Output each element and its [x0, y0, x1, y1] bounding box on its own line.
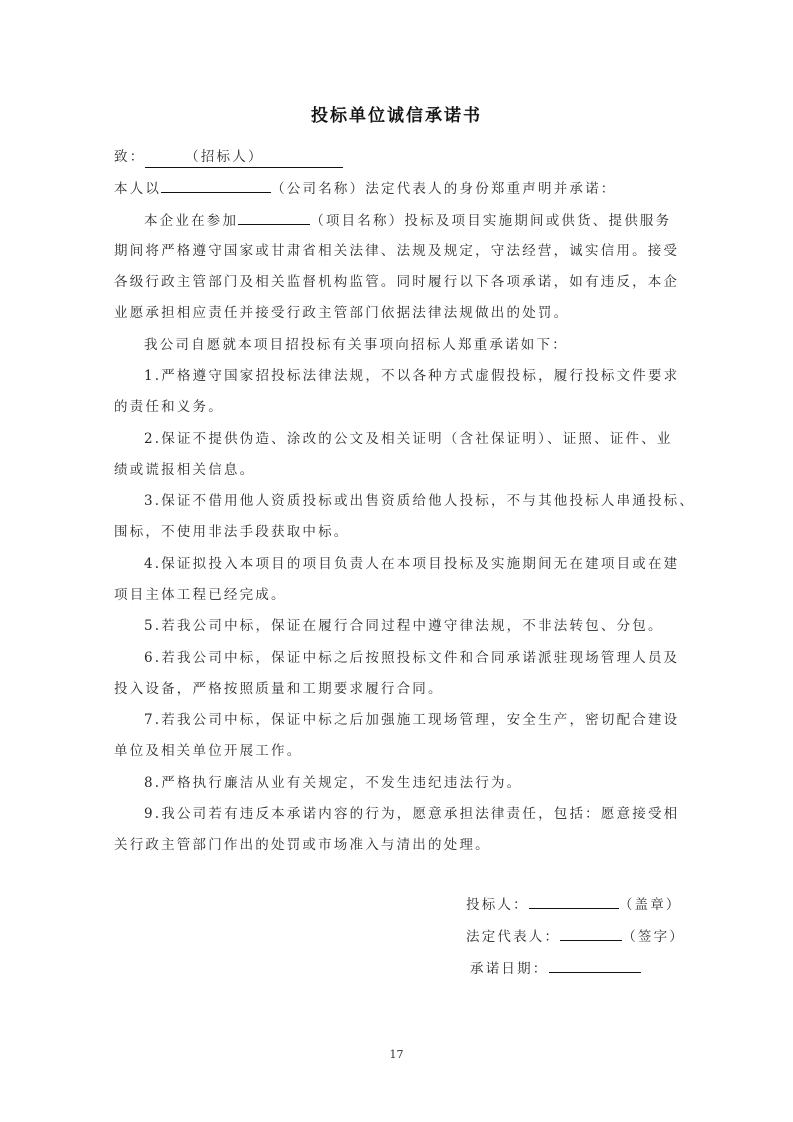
- legal-rep-label: 法定代表人：: [466, 929, 560, 945]
- commitment-item-9: 9.我公司若有违反本承诺内容的行为，愿意承担法律责任，包括：愿意接受相: [114, 804, 714, 824]
- company-name-blank[interactable]: [161, 178, 271, 193]
- commitment-item-4-cont: 项目主体工程已经完成。: [114, 585, 684, 605]
- addressee-line: 致：（招标人）: [114, 147, 684, 168]
- commitment-item-7-cont: 单位及相关单位开展工作。: [114, 741, 684, 761]
- bidder-label: 投标人：: [466, 897, 529, 913]
- document-page: 投标单位诚信承诺书 致：（招标人） 本人以（公司名称）法定代表人的身份郑重声明并…: [0, 0, 793, 1122]
- bidder-blank[interactable]: [529, 894, 619, 909]
- commitment-item-6-cont: 投入设备，严格按照质量和工期要求履行合同。: [114, 679, 684, 699]
- addressee-blank[interactable]: （招标人）: [145, 147, 343, 168]
- paragraph1-suffix: （项目名称）投标及项目实施期间或供货、提供服务: [310, 213, 671, 229]
- paragraph1-line1: 本企业在参加（项目名称）投标及项目实施期间或供货、提供服务: [114, 210, 714, 231]
- commitment-item-7: 7.若我公司中标，保证中标之后加强施工现场管理，安全生产，密切配合建设: [114, 710, 714, 730]
- commitment-item-6: 6.若我公司中标，保证中标之后按照投标文件和合同承诺派驻现场管理人员及: [114, 648, 714, 668]
- declaration-prefix: 本人以: [114, 181, 161, 197]
- commitment-item-2-cont: 绩或谎报相关信息。: [114, 460, 684, 480]
- declaration-line: 本人以（公司名称）法定代表人的身份郑重声明并承诺：: [114, 178, 684, 199]
- commitment-item-3-cont: 围标，不使用非法手段获取中标。: [114, 522, 684, 542]
- legal-rep-blank[interactable]: [560, 926, 622, 941]
- bidder-suffix: （盖章）: [619, 897, 682, 913]
- commitment-item-4: 4.保证拟投入本项目的项目负责人在本项目投标及实施期间无在建项目或在建: [114, 554, 714, 574]
- addressee-prefix: 致：: [114, 149, 145, 165]
- addressee-blank-label: （招标人）: [185, 149, 264, 165]
- paragraph1-line2: 期间将严格遵守国家或甘肃省相关法律、法规及规定，守法经营，诚实信用。接受: [114, 241, 684, 261]
- date-label: 承诺日期：: [470, 961, 549, 977]
- commitment-item-9-cont: 关行政主管部门作出的处罚或市场准入与清出的处理。: [114, 835, 684, 855]
- commitment-item-8: 8.严格执行廉洁从业有关规定，不发生违纪违法行为。: [114, 773, 714, 793]
- declaration-suffix: （公司名称）法定代表人的身份郑重声明并承诺：: [271, 181, 616, 197]
- legal-rep-signature-line: 法定代表人：（签字）: [466, 926, 685, 947]
- legal-rep-suffix: （签字）: [622, 929, 685, 945]
- date-blank[interactable]: [549, 958, 641, 973]
- paragraph1-line4: 业愿承担相应责任并接受行政主管部门依据法律法规做出的处罚。: [114, 303, 684, 323]
- bidder-signature-line: 投标人：（盖章）: [466, 894, 682, 915]
- project-name-blank[interactable]: [238, 210, 310, 225]
- document-title: 投标单位诚信承诺书: [0, 101, 793, 126]
- commitment-intro: 我公司自愿就本项目招投标有关事项向招标人郑重承诺如下：: [114, 335, 714, 355]
- paragraph1-line3: 各级行政主管部门及相关监督机构监管。同时履行以下各项承诺，如有违反，本企: [114, 272, 684, 292]
- date-signature-line: 承诺日期：: [470, 958, 641, 979]
- commitment-item-1-cont: 的责任和义务。: [114, 397, 684, 417]
- page-number: 17: [0, 1048, 793, 1061]
- commitment-item-1: 1.严格遵守国家招投标法律法规，不以各种方式虚假投标，履行投标文件要求: [114, 366, 714, 386]
- paragraph1-prefix: 本企业在参加: [144, 213, 238, 229]
- commitment-item-5: 5.若我公司中标，保证在履行合同过程中遵守律法规，不非法转包、分包。: [114, 616, 714, 636]
- commitment-item-2: 2.保证不提供伪造、涂改的公文及相关证明（含社保证明）、证照、证件、业: [114, 429, 714, 449]
- commitment-item-3: 3.保证不借用他人资质投标或出售资质给他人投标，不与其他投标人串通投标、: [114, 491, 714, 511]
